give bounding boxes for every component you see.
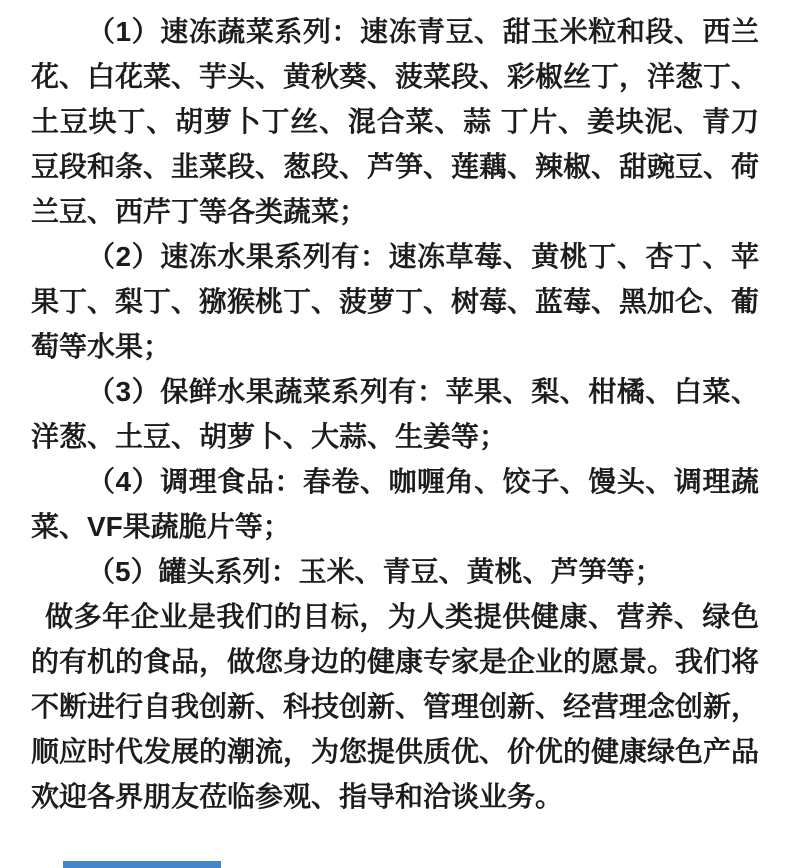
paragraph-frozen-fruits: （2）速冻水果系列有：速冻草莓、黄桃丁、杏丁、苹果丁、梨丁、猕猴桃丁、菠萝丁、树… xyxy=(31,234,759,369)
bottom-blue-strip xyxy=(63,861,221,868)
paragraph-prepared-foods: （4）调理食品：春卷、咖喱角、饺子、馒头、调理蔬菜、VF果蔬脆片等； xyxy=(31,459,759,549)
product-description-page: （1）速冻蔬菜系列：速冻青豆、甜玉米粒和段、西兰花、白花菜、芋头、黄秋葵、菠菜段… xyxy=(0,0,790,868)
paragraph-frozen-vegetables: （1）速冻蔬菜系列：速冻青豆、甜玉米粒和段、西兰花、白花菜、芋头、黄秋葵、菠菜段… xyxy=(31,9,759,234)
paragraph-fresh-produce: （3）保鲜水果蔬菜系列有：苹果、梨、柑橘、白菜、洋葱、土豆、胡萝卜、大蒜、生姜等… xyxy=(31,369,759,459)
paragraph-canned-series: （5）罐头系列：玉米、青豆、黄桃、芦笋等； xyxy=(31,549,759,594)
paragraph-company-vision: 做多年企业是我们的目标，为人类提供健康、营养、绿色的有机的食品，做您身边的健康专… xyxy=(31,594,759,819)
